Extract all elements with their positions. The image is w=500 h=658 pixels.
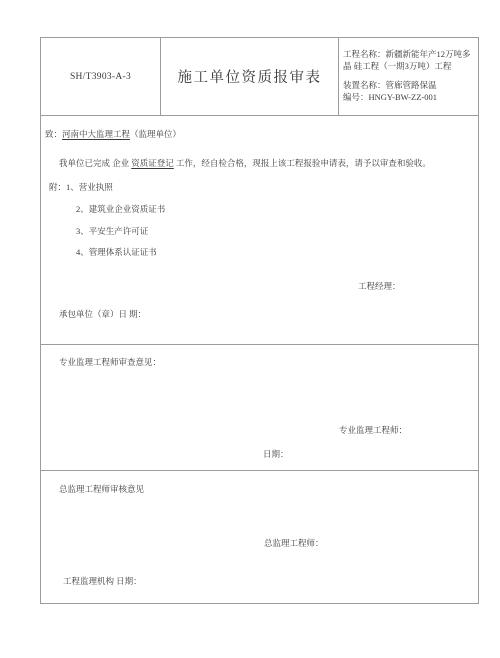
form-code: SH/T3903-A-3 [70,72,131,82]
attachment-line-4: 4、管理体系认证证书 [76,247,157,258]
audit-heading: 总监理工程师审核意见 [59,484,144,495]
addressee-line: 致：河南中大监理工程（监理单位） [45,129,181,140]
form-title-cell: 施工单位资质报审表 [161,38,339,115]
addressee-suffix: （监理单位） [130,129,181,139]
addressee-value: 河南中大监理工程 [62,129,130,139]
chief-engineer-audit-section: 总监理工程师审核意见 总监理工程师： 工程监理机构 日期： [41,471,478,603]
addressee-label: 致： [45,129,62,139]
statement-underlined-value: 资质证登记 [131,158,174,168]
supervision-org-date-line: 工程监理机构 日期： [63,576,142,587]
statement-prefix: 我单位已完成 企业 [59,158,131,168]
attachment-line-1: 附：1、营业执照 [49,182,113,193]
attachments-label: 附： [49,182,66,192]
unit-name-label: 装置名称： [343,80,386,90]
attachment-item-1: 1、营业执照 [66,182,113,192]
form-header-row: SH/T3903-A-3 施工单位资质报审表 工程名称：新疆新能年产12万吨多晶… [41,38,478,116]
contractor-seal-date-line: 承包单位（章）日 期： [59,309,146,320]
unit-name-line: 装置名称：管廊管路保温 [343,79,475,91]
project-manager-signature-line: 工程经理： [358,281,401,292]
statement-suffix: 工作，经自检合格，现报上该工程报验申请表，请予以审查和验收。 [174,158,431,168]
doc-number-label: 编号： [343,92,369,102]
spacer [343,72,475,79]
attachment-item-3: 3、平安生产许可证 [76,226,148,236]
doc-number-value: HNGY-BW-ZZ-001 [369,92,437,102]
unit-name-value: 管廊管路保温 [386,80,437,90]
supervising-engineer-review-section: 专业监理工程师审查意见： 专业监理工程师： 日期： [41,345,478,471]
form-code-cell: SH/T3903-A-3 [41,38,161,115]
supervising-engineer-signature-line: 专业监理工程师： [339,425,407,436]
contractor-label: 承包单位（章）日 期： [59,309,146,319]
attachment-item-4: 4、管理体系认证证书 [76,247,157,257]
review-date-line: 日期： [263,449,289,460]
attachment-item-2: 2、建筑业企业资质证书 [76,204,165,214]
project-info-cell: 工程名称：新疆新能年产12万吨多晶 硅工程（一期3万吨）工程 装置名称：管廊管路… [339,38,478,115]
form-title: 施工单位资质报审表 [178,66,322,87]
project-name-label: 工程名称： [343,49,386,59]
attachment-line-2: 2、建筑业企业资质证书 [76,204,165,215]
attachment-line-3: 3、平安生产许可证 [76,226,148,237]
review-heading: 专业监理工程师审查意见： [59,357,161,368]
form-table: SH/T3903-A-3 施工单位资质报审表 工程名称：新疆新能年产12万吨多晶… [40,37,479,604]
doc-number-line: 编号：HNGY-BW-ZZ-001 [343,91,475,103]
document-page: SH/T3903-A-3 施工单位资质报审表 工程名称：新疆新能年产12万吨多晶… [0,0,500,658]
project-manager-label: 工程经理： [358,281,401,291]
contractor-application-section: 致：河南中大监理工程（监理单位） 我单位已完成 企业 资质证登记 工作，经自检合… [41,116,478,345]
application-statement: 我单位已完成 企业 资质证登记 工作，经自检合格，现报上该工程报验申请表，请予以… [59,158,431,169]
chief-engineer-signature-line: 总监理工程师： [264,538,324,549]
project-name-line: 工程名称：新疆新能年产12万吨多晶 硅工程（一期3万吨）工程 [343,48,475,72]
